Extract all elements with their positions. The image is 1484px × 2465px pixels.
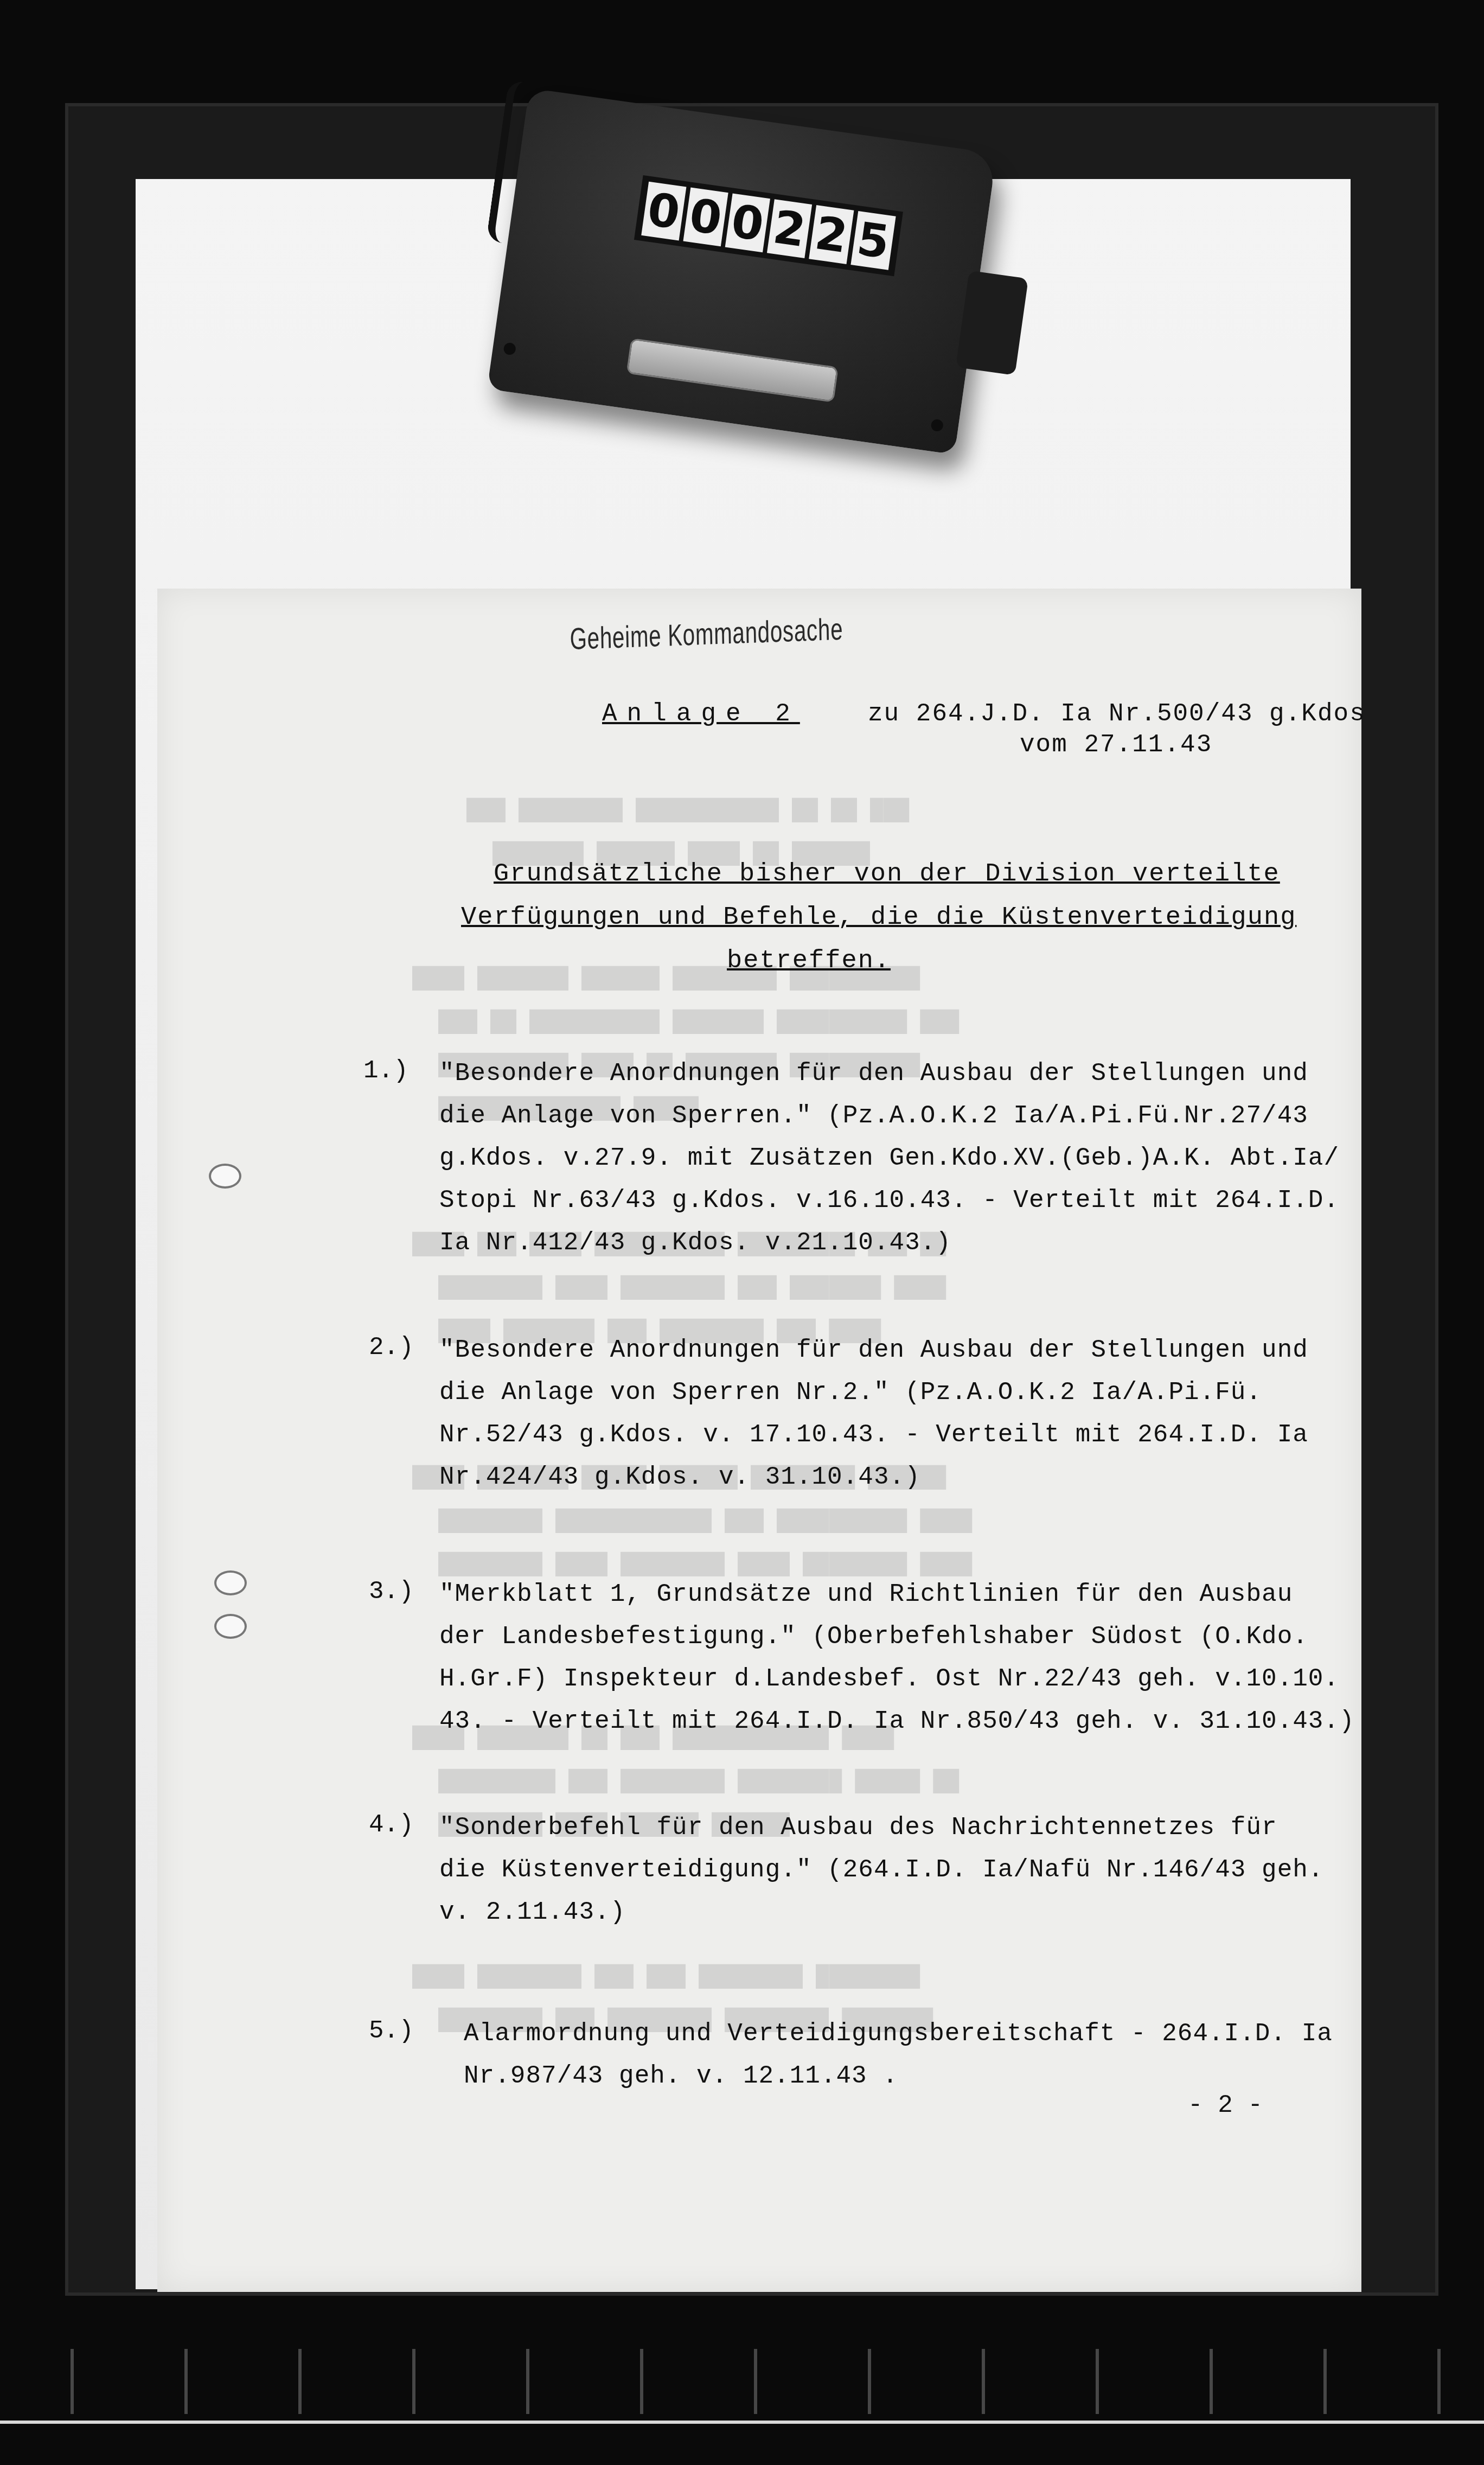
document-title-line: Verfügungen und Befehle, die die Küstenv… <box>461 903 1296 932</box>
list-item-line: die Anlage von Sperren Nr.2." (Pz.A.O.K.… <box>439 1371 1308 1414</box>
counter-digit: 0 <box>683 188 728 247</box>
counter-digit: 5 <box>850 211 895 270</box>
page-number: - 2 - <box>1188 2091 1263 2119</box>
list-item-line: der Landesbefestigung." (Oberbefehlshabe… <box>439 1615 1355 1658</box>
counter-display: 0 0 0 2 2 5 <box>634 175 903 276</box>
list-item: "Merkblatt 1, Grundsätze und Richtlinien… <box>439 1573 1355 1742</box>
counter-nameplate <box>626 338 839 403</box>
list-item-line: Alarmordnung und Verteidigungsbereitscha… <box>464 2013 1333 2055</box>
punch-hole <box>214 1614 247 1639</box>
list-item: Alarmordnung und Verteidigungsbereitscha… <box>464 2013 1333 2097</box>
document-title-line: Grundsätzliche bisher von der Division v… <box>494 860 1280 889</box>
list-item: "Besondere Anordnungen für den Ausbau de… <box>439 1052 1339 1264</box>
document-page: ███ ████████ ███████████ ██ ██ ███ █████… <box>157 589 1361 2292</box>
punch-hole <box>214 1570 247 1595</box>
list-item-line: H.Gr.F) Inspekteur d.Landesbef. Ost Nr.2… <box>439 1658 1355 1700</box>
film-edge-line <box>0 2421 1484 2424</box>
list-item-line: die Anlage von Sperren." (Pz.A.O.K.2 Ia/… <box>439 1095 1339 1137</box>
counter-body: 0 0 0 2 2 5 <box>487 88 996 455</box>
list-item-line: 43. - Verteilt mit 264.I.D. Ia Nr.850/43… <box>439 1700 1355 1742</box>
list-item-line: v. 2.11.43.) <box>439 1891 1323 1933</box>
list-item-line: g.Kdos. v.27.9. mit Zusätzen Gen.Kdo.XV.… <box>439 1137 1339 1179</box>
list-item-line: Ia Nr.412/43 g.Kdos. v.21.10.43.) <box>439 1222 1339 1264</box>
list-item-line: "Merkblatt 1, Grundsätze und Richtlinien… <box>439 1573 1355 1615</box>
list-item-line: Nr.52/43 g.Kdos. v. 17.10.43. - Verteilt… <box>439 1414 1308 1456</box>
list-item-line: die Küstenverteidigung." (264.I.D. Ia/Na… <box>439 1849 1323 1891</box>
counter-digit: 0 <box>641 182 686 241</box>
list-item-number: 2.) <box>369 1333 414 1362</box>
counter-digit: 0 <box>725 193 770 252</box>
list-item-number: 4.) <box>369 1811 414 1839</box>
screw-icon <box>930 419 944 432</box>
list-item: "Sonderbefehl für den Ausbau des Nachric… <box>439 1806 1323 1933</box>
frame-counter-device: 0 0 0 2 2 5 <box>466 75 1014 489</box>
punch-hole <box>209 1164 241 1189</box>
document-title-line: betreffen. <box>727 947 891 975</box>
reference-number: zu 264.J.D. Ia Nr.500/43 g.Kdos <box>868 700 1366 728</box>
list-item-number: 1.) <box>363 1057 408 1085</box>
list-item-number: 3.) <box>369 1578 414 1606</box>
list-item-number: 5.) <box>369 2017 414 2045</box>
list-item: "Besondere Anordnungen für den Ausbau de… <box>439 1329 1308 1498</box>
list-item-line: "Sonderbefehl für den Ausbau des Nachric… <box>439 1806 1323 1849</box>
film-edge-marks <box>0 2349 1484 2414</box>
reference-date: vom 27.11.43 <box>1020 731 1212 759</box>
screw-icon <box>503 342 516 356</box>
list-item-line: "Besondere Anordnungen für den Ausbau de… <box>439 1052 1339 1095</box>
counter-digit: 2 <box>767 199 812 258</box>
counter-digit: 2 <box>809 205 854 264</box>
list-item-line: "Besondere Anordnungen für den Ausbau de… <box>439 1329 1308 1371</box>
annex-label: Anlage 2 <box>602 700 800 728</box>
list-item-line: Nr.424/43 g.Kdos. v. 31.10.43.) <box>439 1456 1308 1498</box>
list-item-line: Stopi Nr.63/43 g.Kdos. v.16.10.43. - Ver… <box>439 1179 1339 1222</box>
classification-stamp: Geheime Kommandosache <box>570 611 843 656</box>
